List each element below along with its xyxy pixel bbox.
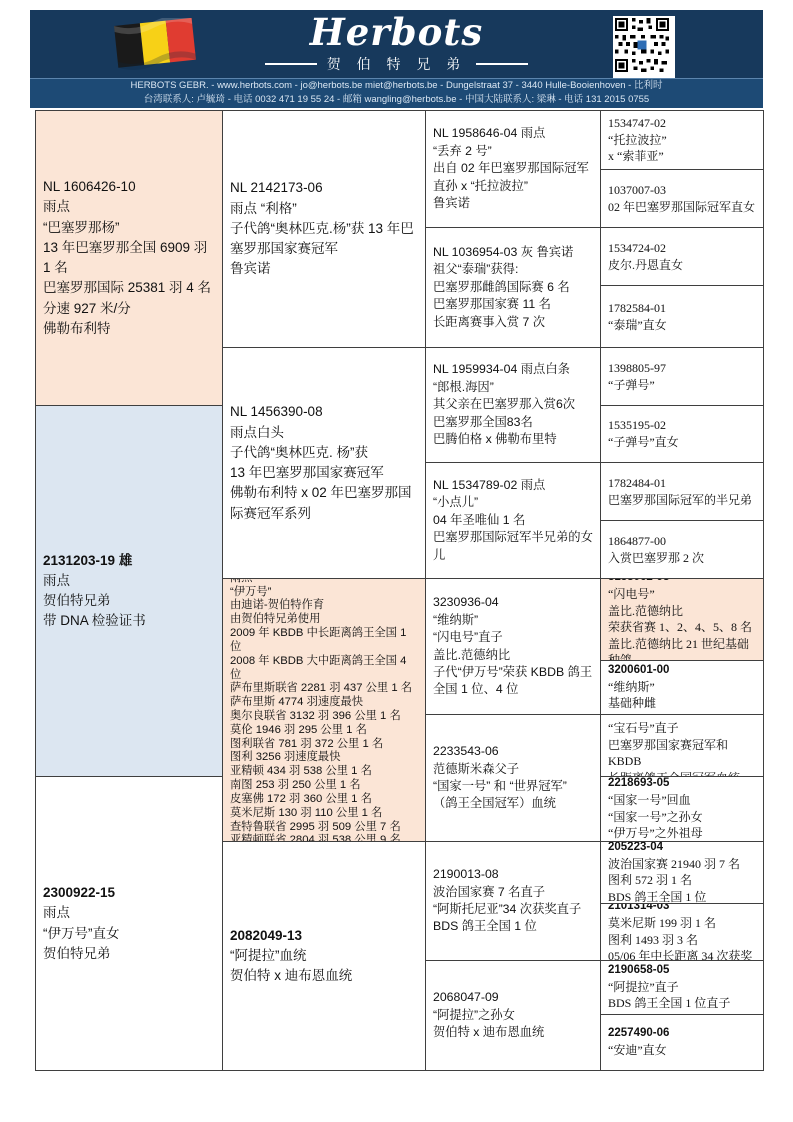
ring-number: 1864877-00 <box>608 533 756 550</box>
pigeon-details: “丢弃 2 号” 出自 02 年巴塞罗那国际冠军 直孙 x “托拉波拉” 鲁宾诺 <box>433 143 593 213</box>
pigeon-details: “阿提拉”血统 贺伯特 x 迪布恩血统 <box>230 946 418 987</box>
ring-number: 1535195-02 <box>608 417 756 434</box>
gen3-cell-6: 2233543-06 范德斯米森父子 “国家一号” 和 “世界冠军” （鸽王全国… <box>426 715 601 842</box>
brand-chinese-text: 贺 伯 特 兄 弟 <box>327 54 467 74</box>
pigeon-details: 祖父“泰瑞”获得: 巴塞罗那雌鸽国际赛 6 名 巴塞罗那国家赛 11 名 长距离… <box>433 261 593 331</box>
pigeon-details: “宝石号”直子 巴塞罗那国家赛冠军和 KBDB 长距离鸽王全国冠军血统 <box>608 720 756 777</box>
contact-line-1: HERBOTS GEBR. - www.herbots.com - jo@her… <box>30 79 763 93</box>
ring-number: 2257490-06 <box>608 1026 756 1042</box>
pigeon-details: “子弹号”直女 <box>608 434 756 451</box>
ring-number: 2233543-06 <box>433 743 593 760</box>
ring-number: 1782584-01 <box>608 300 756 317</box>
ring-number: 1037007-03 <box>608 182 756 199</box>
contact-line-2: 台湾联系人: 卢毓琦 - 电话 0032 471 19 55 24 - 邮箱 w… <box>30 93 763 107</box>
gen4-cell-8: 1864877-00 入赏巴塞罗那 2 次 <box>601 521 764 579</box>
ring-number: 205223-04 <box>608 842 756 856</box>
ring-number: 3200601-00 <box>608 663 756 679</box>
gen3-cell-3: NL 1959934-04 雨点白条 “郎根.海因” 其父亲在巴塞罗那入赏6次 … <box>426 348 601 463</box>
gen4-cell-4: 1782584-01 “泰瑞”直女 <box>601 286 764 348</box>
pigeon-details: “郎根.海因” 其父亲在巴塞罗那入赏6次 巴塞罗那全国83名 巴腾伯格 x 佛勒… <box>433 379 593 449</box>
pigeon-details: 雨点 “巴塞罗那杨” 13 年巴塞罗那全国 6909 羽 1 名 巴塞罗那国际 … <box>43 197 215 339</box>
gen1-cell-subject: 2131203-19 雄 雨点 贺伯特兄弟 带 DNA 检验证书 <box>36 406 223 777</box>
pigeon-details: 波治国家赛 21940 羽 7 名 图利 572 羽 1 名 BDS 鸽王全国 … <box>608 856 756 904</box>
gen1-cell-dam: 2300922-15 雨点 “伊万号”直女 贺伯特兄弟 <box>36 777 223 1071</box>
gen3-cell-7: 2190013-08 波治国家赛 7 名直子 “阿斯托尼亚”34 次获奖直子 B… <box>426 842 601 961</box>
pigeon-details: 皮尔.丹恩直女 <box>608 257 756 274</box>
gen4-cell-13: 205223-04 波治国家赛 21940 羽 7 名 图利 572 羽 1 名… <box>601 842 764 904</box>
pigeon-details: “托拉波拉” x “索菲亚” <box>608 132 756 165</box>
gen3-cell-2: NL 1036954-03 灰 鲁宾诺 祖父“泰瑞”获得: 巴塞罗那雌鸽国际赛 … <box>426 228 601 348</box>
ring-number: 2101314-03 <box>608 904 756 915</box>
gen3-cell-5: 3230936-04 “维纳斯” “闪电号”直子 盖比.范德纳比 子代“伊万号”… <box>426 579 601 715</box>
ring-number: NL 1958646-04 雨点 <box>433 125 593 142</box>
pigeon-details: 雨点白头 子代鸽“奥林匹克. 杨”获 13 年巴塞罗那国家赛冠军 佛勒布利特 x… <box>230 423 418 524</box>
ring-number: NL 1534789-02 雨点 <box>433 477 593 494</box>
gen4-cell-2: 1037007-03 02 年巴塞罗那国际冠军直女 <box>601 170 764 228</box>
ring-number: 2300922-15 <box>43 883 215 903</box>
pigeon-details: “维纳斯” “闪电号”直子 盖比.范德纳比 子代“伊万号”荣获 KBDB 鸽王全… <box>433 612 593 699</box>
gen4-cell-15: 2190658-05 “阿提拉”直子 BDS 鸽王全国 1 位直子 <box>601 961 764 1015</box>
gen1-cell-sire: NL 1606426-10 雨点 “巴塞罗那杨” 13 年巴塞罗那全国 6909… <box>36 111 223 406</box>
header-top: Herbots 贺 伯 特 兄 弟 <box>30 10 763 78</box>
gen4-cell-14: 2101314-03 莫米尼斯 199 羽 1 名 图利 1493 羽 3 名 … <box>601 904 764 961</box>
ring-number: 3230936-04 <box>433 594 593 611</box>
ring-number: 1534747-02 <box>608 115 756 132</box>
pigeon-details: “子弹号” <box>608 377 756 394</box>
ring-number: 1782484-01 <box>608 475 756 492</box>
ring-number: NL 1606426-10 <box>43 177 215 197</box>
gen4-cell-11: 2148310-03 “宝石号”直子 巴塞罗那国家赛冠军和 KBDB 长距离鸽王… <box>601 715 764 777</box>
gen2-cell-4: 2082049-13 “阿提拉”血统 贺伯特 x 迪布恩血统 <box>223 842 426 1071</box>
gen4-cell-16: 2257490-06 “安迪”直女 <box>601 1015 764 1071</box>
pigeon-details: “小点儿” 04 年圣唯仙 1 名 巴塞罗那国际冠军半兄弟的女儿 <box>433 494 593 564</box>
pigeon-details: “闪电号” 盖比.范德纳比 荣获省赛 1、2、4、5、8 名 盖比.范德纳比 2… <box>608 586 756 661</box>
pigeon-details: “安迪”直女 <box>608 1042 756 1059</box>
contact-strip: HERBOTS GEBR. - www.herbots.com - jo@her… <box>30 78 763 108</box>
gen4-cell-7: 1782484-01 巴塞罗那国际冠军的半兄弟 <box>601 463 764 521</box>
gen3-cell-4: NL 1534789-02 雨点 “小点儿” 04 年圣唯仙 1 名 巴塞罗那国… <box>426 463 601 579</box>
gen4-cell-5: 1398805-97 “子弹号” <box>601 348 764 406</box>
pigeon-details: “阿提拉”之孙女 贺伯特 x 迪布恩血统 <box>433 1007 593 1042</box>
gen4-cell-6: 1535195-02 “子弹号”直女 <box>601 406 764 463</box>
ring-number: NL 1456390-08 <box>230 402 418 422</box>
pigeon-details: 巴塞罗那国际冠军的半兄弟 <box>608 492 756 509</box>
gen4-cell-3: 1534724-02 皮尔.丹恩直女 <box>601 228 764 286</box>
gen4-cell-9: 3158062-98 “闪电号” 盖比.范德纳比 荣获省赛 1、2、4、5、8 … <box>601 579 764 661</box>
ring-number: 2218693-05 <box>608 777 756 792</box>
ring-number: 2190658-05 <box>608 963 756 979</box>
pigeon-details: 范德斯米森父子 “国家一号” 和 “世界冠军” （鸽王全国冠军）血统 <box>433 761 593 813</box>
ring-number: 2082049-13 <box>230 926 418 946</box>
right-rule <box>476 63 528 65</box>
gen3-cell-8: 2068047-09 “阿提拉”之孙女 贺伯特 x 迪布恩血统 <box>426 961 601 1071</box>
pigeon-details: 莫米尼斯 199 羽 1 名 图利 1493 羽 3 名 05/06 年中长距离… <box>608 915 756 961</box>
pigeon-details: “泰瑞”直女 <box>608 317 756 334</box>
ring-number: 1398805-97 <box>608 360 756 377</box>
ring-number: 2131203-19 雄 <box>43 551 215 571</box>
gen4-cell-12: 2218693-05 “国家一号”回血 “国家一号”之孙女 “伊万号”之外祖母 <box>601 777 764 842</box>
qr-code <box>613 16 675 78</box>
pedigree-table: NL 1606426-10 雨点 “巴塞罗那杨” 13 年巴塞罗那全国 6909… <box>35 110 764 1071</box>
ring-number: 1534724-02 <box>608 240 756 257</box>
ring-number: 3158062-98 <box>608 579 756 586</box>
pigeon-details: “阿提拉”直子 BDS 鸽王全国 1 位直子 <box>608 979 756 1012</box>
pigeon-details: “国家一号”回血 “国家一号”之孙女 “伊万号”之外祖母 <box>608 792 756 842</box>
gen2-cell-3: 2103401-07 雨点 “伊万号” 由迪诺-贺伯特作育 由贺伯特兄弟使用 2… <box>223 579 426 842</box>
ring-number: NL 1959934-04 雨点白条 <box>433 361 593 378</box>
ring-number: NL 1036954-03 灰 鲁宾诺 <box>433 244 593 261</box>
pigeon-details: 雨点 “伊万号” 由迪诺-贺伯特作育 由贺伯特兄弟使用 2009 年 KBDB … <box>230 579 418 842</box>
pigeon-details: 雨点 贺伯特兄弟 带 DNA 检验证书 <box>43 571 215 632</box>
ring-number: 2068047-09 <box>433 989 593 1006</box>
ring-number: 2190013-08 <box>433 866 593 883</box>
pigeon-details: 雨点 “利格” 子代鸽“奥林匹克.杨”获 13 年巴塞罗那国家赛冠军 鲁宾诺 <box>230 199 418 280</box>
left-rule <box>265 63 317 65</box>
gen4-cell-10: 3200601-00 “维纳斯” 基础种雌 <box>601 661 764 715</box>
gen2-cell-2: NL 1456390-08 雨点白头 子代鸽“奥林匹克. 杨”获 13 年巴塞罗… <box>223 348 426 579</box>
gen3-cell-1: NL 1958646-04 雨点 “丢弃 2 号” 出自 02 年巴塞罗那国际冠… <box>426 111 601 228</box>
gen4-cell-1: 1534747-02 “托拉波拉” x “索菲亚” <box>601 111 764 170</box>
pigeon-details: 雨点 “伊万号”直女 贺伯特兄弟 <box>43 903 215 964</box>
pigeon-details: “维纳斯” 基础种雌 <box>608 679 756 712</box>
pigeon-details: 入赏巴塞罗那 2 次 <box>608 550 756 567</box>
pigeon-details: 波治国家赛 7 名直子 “阿斯托尼亚”34 次获奖直子 BDS 鸽王全国 1 位 <box>433 884 593 936</box>
header-banner: Herbots 贺 伯 特 兄 弟 <box>30 10 763 108</box>
pigeon-details: 02 年巴塞罗那国际冠军直女 <box>608 199 756 216</box>
ring-number: NL 2142173-06 <box>230 178 418 198</box>
gen2-cell-1: NL 2142173-06 雨点 “利格” 子代鸽“奥林匹克.杨”获 13 年巴… <box>223 111 426 348</box>
